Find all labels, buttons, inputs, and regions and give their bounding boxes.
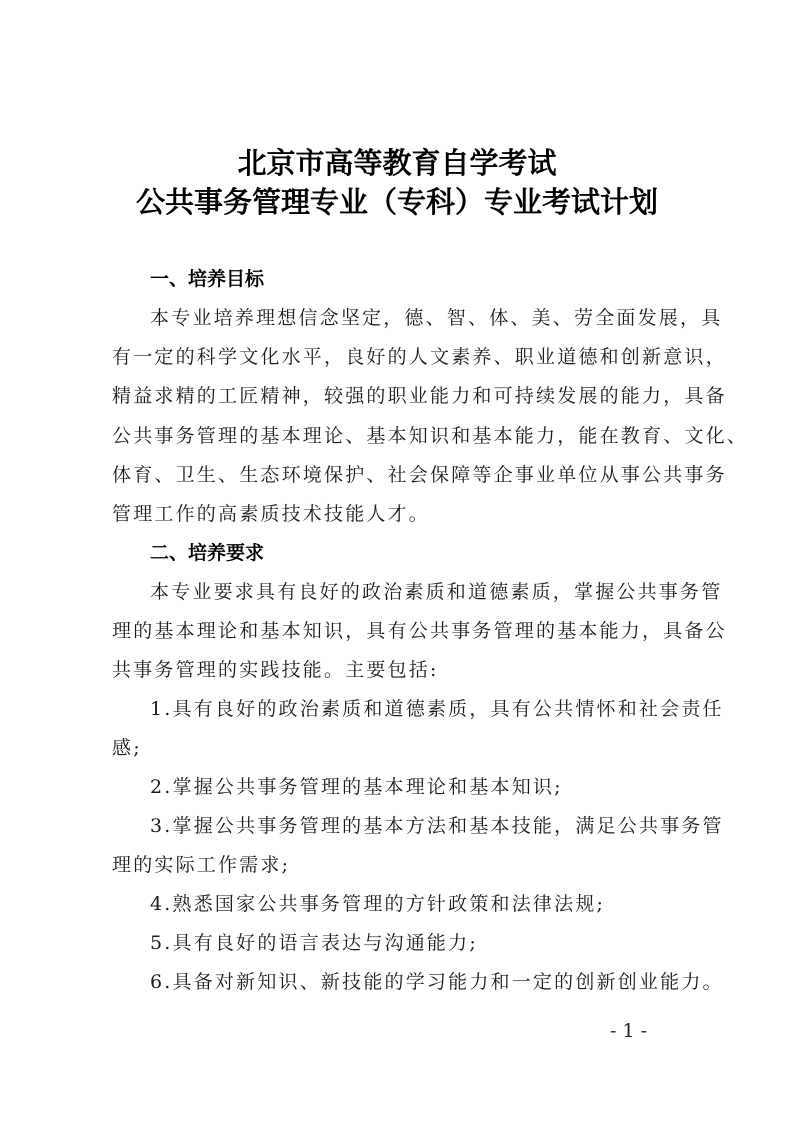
list-item-3-continued: 理的实际工作需求;: [112, 850, 694, 877]
paragraph-line: 精益求精的工匠精神，较强的职业能力和可持续发展的能力，具备: [112, 381, 694, 408]
paragraph-line: 共事务管理的实践技能。主要包括:: [112, 655, 694, 682]
document-title-line2: 公共事务管理专业（专科）专业考试计划: [0, 180, 794, 221]
document-title-line1: 北京市高等教育自学考试: [0, 141, 794, 182]
section-heading-training-objectives: 一、培养目标: [150, 264, 264, 291]
paragraph-line: 有一定的科学文化水平，良好的人文素养、职业道德和创新意识，: [112, 342, 694, 369]
paragraph-line: 本专业要求具有良好的政治素质和道德素质，掌握公共事务管: [150, 577, 732, 604]
paragraph-line: 理的基本理论和基本知识，具有公共事务管理的基本能力，具备公: [112, 616, 694, 643]
paragraph-line: 本专业培养理想信念坚定，德、智、体、美、劳全面发展，具: [150, 303, 732, 330]
paragraph-line: 管理工作的高素质技术技能人才。: [112, 499, 694, 526]
list-item-4: 4.熟悉国家公共事务管理的方针政策和法律法规;: [150, 889, 732, 916]
list-item-3: 3.掌握公共事务管理的基本方法和基本技能，满足公共事务管: [150, 811, 732, 838]
list-item-1-continued: 感;: [112, 733, 694, 760]
list-item-6: 6.具备对新知识、新技能的学习能力和一定的创新创业能力。: [150, 967, 732, 994]
page-number: - 1 -: [610, 1020, 647, 1042]
list-item-5: 5.具有良好的语言表达与沟通能力;: [150, 928, 732, 955]
paragraph-line: 体育、卫生、生态环境保护、社会保障等企事业单位从事公共事务: [112, 460, 694, 487]
list-item-1: 1.具有良好的政治素质和道德素质，具有公共情怀和社会责任: [150, 694, 732, 721]
paragraph-line: 公共事务管理的基本理论、基本知识和基本能力，能在教育、文化、: [112, 421, 694, 448]
list-item-2: 2.掌握公共事务管理的基本理论和基本知识;: [150, 772, 732, 799]
section-heading-training-requirements: 二、培养要求: [150, 538, 264, 565]
